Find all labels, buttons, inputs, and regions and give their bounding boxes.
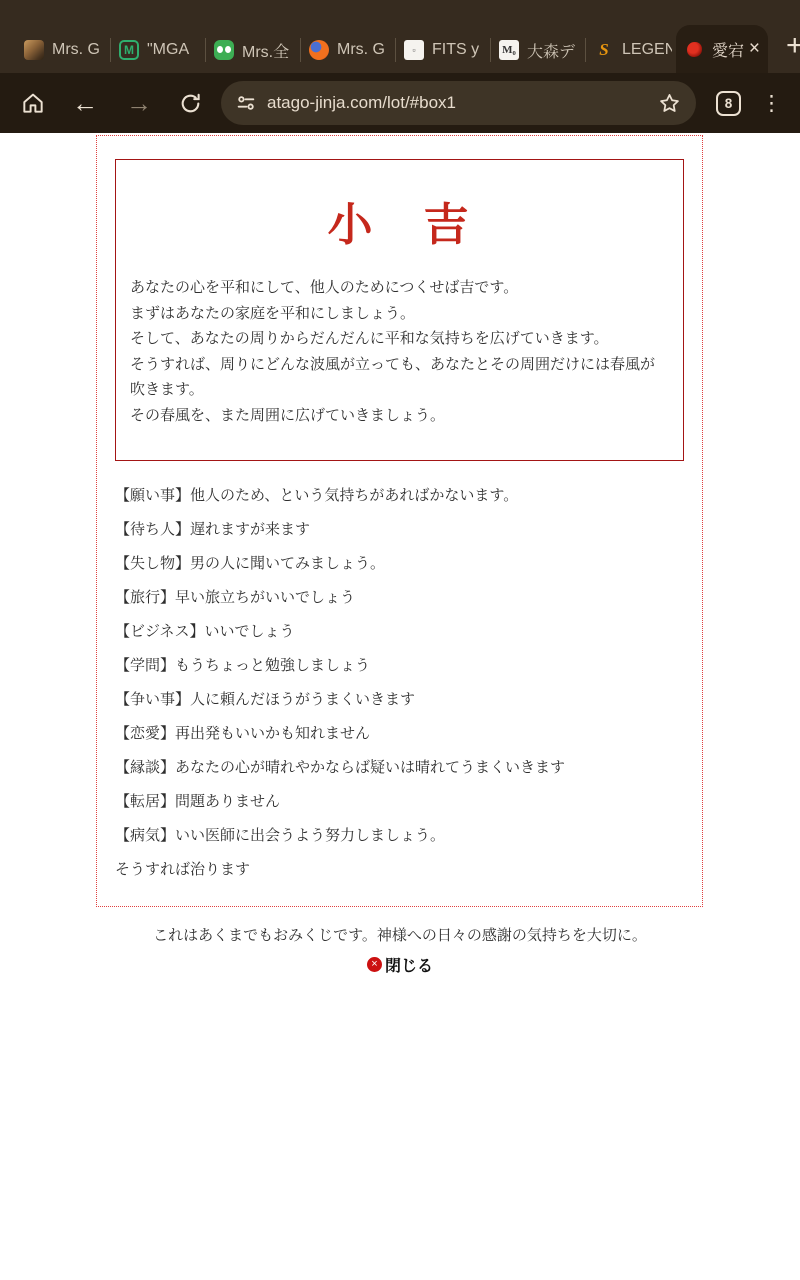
m-zero-favicon-icon: M₀ — [499, 40, 519, 60]
category-line: 【待ち人】遅れますが来ます — [115, 519, 684, 540]
close-button-label: 閉じる — [385, 953, 433, 976]
green-monster-favicon-icon — [214, 40, 234, 60]
category-line: 【学問】もうちょっと勉強しましょう — [115, 655, 684, 676]
tab-mga[interactable]: M "MGA — [115, 27, 201, 73]
tab-title: LEGEN — [622, 41, 672, 59]
tab-divider — [585, 38, 586, 62]
forward-icon[interactable]: → — [126, 88, 152, 119]
fortune-line: あなたの心を平和にして、他人のためにつくせば吉です。 — [130, 275, 669, 301]
fortune-line: そして、あなたの周りからだんだんに平和な気持ちを広げていきます。 — [130, 326, 669, 352]
category-line: そうすれば治ります — [115, 859, 684, 880]
red-crest-favicon-icon — [684, 39, 704, 59]
tab-title: "MGA — [147, 41, 197, 59]
green-m-favicon-icon: M — [119, 40, 139, 60]
menu-kebab-icon[interactable]: ⋮ — [761, 91, 782, 116]
close-button[interactable]: × 閉じる — [0, 953, 800, 976]
painting-favicon-icon — [24, 40, 44, 60]
tab-title: 愛宕 — [712, 38, 747, 61]
category-line: 【恋愛】再出発もいいかも知れません — [115, 723, 684, 744]
fortune-box: 小 吉 あなたの心を平和にして、他人のためにつくせば吉です。 まずはあなたの家庭… — [115, 159, 684, 461]
site-settings-icon[interactable] — [235, 92, 257, 114]
new-tab-button[interactable]: + — [786, 31, 800, 61]
back-icon[interactable]: ← — [72, 88, 98, 119]
reload-icon[interactable] — [178, 91, 203, 116]
tab-mrs-g-1[interactable]: Mrs. G — [20, 27, 106, 73]
category-line: 【病気】いい医師に出会うよう努力しましょう。 — [115, 825, 684, 846]
tab-mrs-monster[interactable]: Mrs.全 — [210, 27, 296, 73]
tab-divider — [300, 38, 301, 62]
tab-strip: Mrs. G M "MGA Mrs.全 Mrs. G ▫ FITS y M₀ 大… — [0, 0, 800, 73]
white-square-favicon-icon: ▫ — [404, 40, 424, 60]
fortune-categories: 【願い事】他人のため、という気持ちがあればかないます。 【待ち人】遅れますが来ま… — [115, 485, 684, 880]
category-line: 【争い事】人に頼んだほうがうまくいきます — [115, 689, 684, 710]
fortune-line: その春風を、また周囲に広げていきましょう。 — [130, 403, 669, 429]
fortune-title: 小 吉 — [130, 188, 669, 253]
footer-note: これはあくまでもおみくじです。神様への日々の感謝の気持ちを大切に。 — [0, 925, 800, 947]
url-bar[interactable]: atago-jinja.com/lot/#box1 — [221, 81, 696, 125]
gold-wing-favicon-icon: S — [594, 40, 614, 60]
category-line: 【願い事】他人のため、という気持ちがあればかないます。 — [115, 485, 684, 506]
category-line: 【ビジネス】いいでしょう — [115, 621, 684, 642]
tab-legend[interactable]: S LEGEN — [590, 27, 676, 73]
web-page: 小 吉 あなたの心を平和にして、他人のためにつくせば吉です。 まずはあなたの家庭… — [0, 133, 800, 1280]
tab-omori[interactable]: M₀ 大森デ — [495, 27, 581, 73]
tab-title: Mrs.全 — [242, 39, 292, 62]
orange-blue-globe-favicon-icon — [309, 40, 329, 60]
tab-title: FITS y — [432, 41, 482, 59]
fortune-line: そうすれば、周りにどんな波風が立っても、あなたとその周囲だけには春風が吹きます。 — [130, 352, 669, 403]
tab-mrs-g-2[interactable]: Mrs. G — [305, 27, 391, 73]
tab-divider — [490, 38, 491, 62]
category-line: 【縁談】あなたの心が晴れやかならば疑いは晴れてうまくいきます — [115, 757, 684, 778]
tab-title: 大森デ — [527, 39, 577, 62]
close-x-icon: × — [367, 957, 382, 972]
omikuji-result-panel: 小 吉 あなたの心を平和にして、他人のためにつくせば吉です。 まずはあなたの家庭… — [96, 135, 703, 907]
home-icon[interactable] — [20, 90, 46, 116]
category-line: 【失し物】男の人に聞いてみましょう。 — [115, 553, 684, 574]
browser-toolbar: ← → atago-jinja.com/lot/#box1 — [0, 73, 800, 133]
bookmark-star-icon[interactable] — [657, 91, 682, 116]
category-line: 【旅行】早い旅立ちがいいでしょう — [115, 587, 684, 608]
tab-title: Mrs. G — [52, 41, 102, 59]
tab-count-badge[interactable]: 8 — [716, 91, 741, 116]
tab-close-icon[interactable]: × — [749, 40, 760, 58]
category-line: 【転居】問題ありません — [115, 791, 684, 812]
tab-divider — [395, 38, 396, 62]
tab-fits[interactable]: ▫ FITS y — [400, 27, 486, 73]
tab-divider — [110, 38, 111, 62]
tab-title: Mrs. G — [337, 41, 387, 59]
tab-divider — [205, 38, 206, 62]
fortune-line: まずはあなたの家庭を平和にしましょう。 — [130, 301, 669, 327]
browser-window: Mrs. G M "MGA Mrs.全 Mrs. G ▫ FITS y M₀ 大… — [0, 0, 800, 1280]
tab-atago-jinja-active[interactable]: 愛宕 × — [676, 25, 768, 73]
url-text: atago-jinja.com/lot/#box1 — [267, 93, 647, 113]
